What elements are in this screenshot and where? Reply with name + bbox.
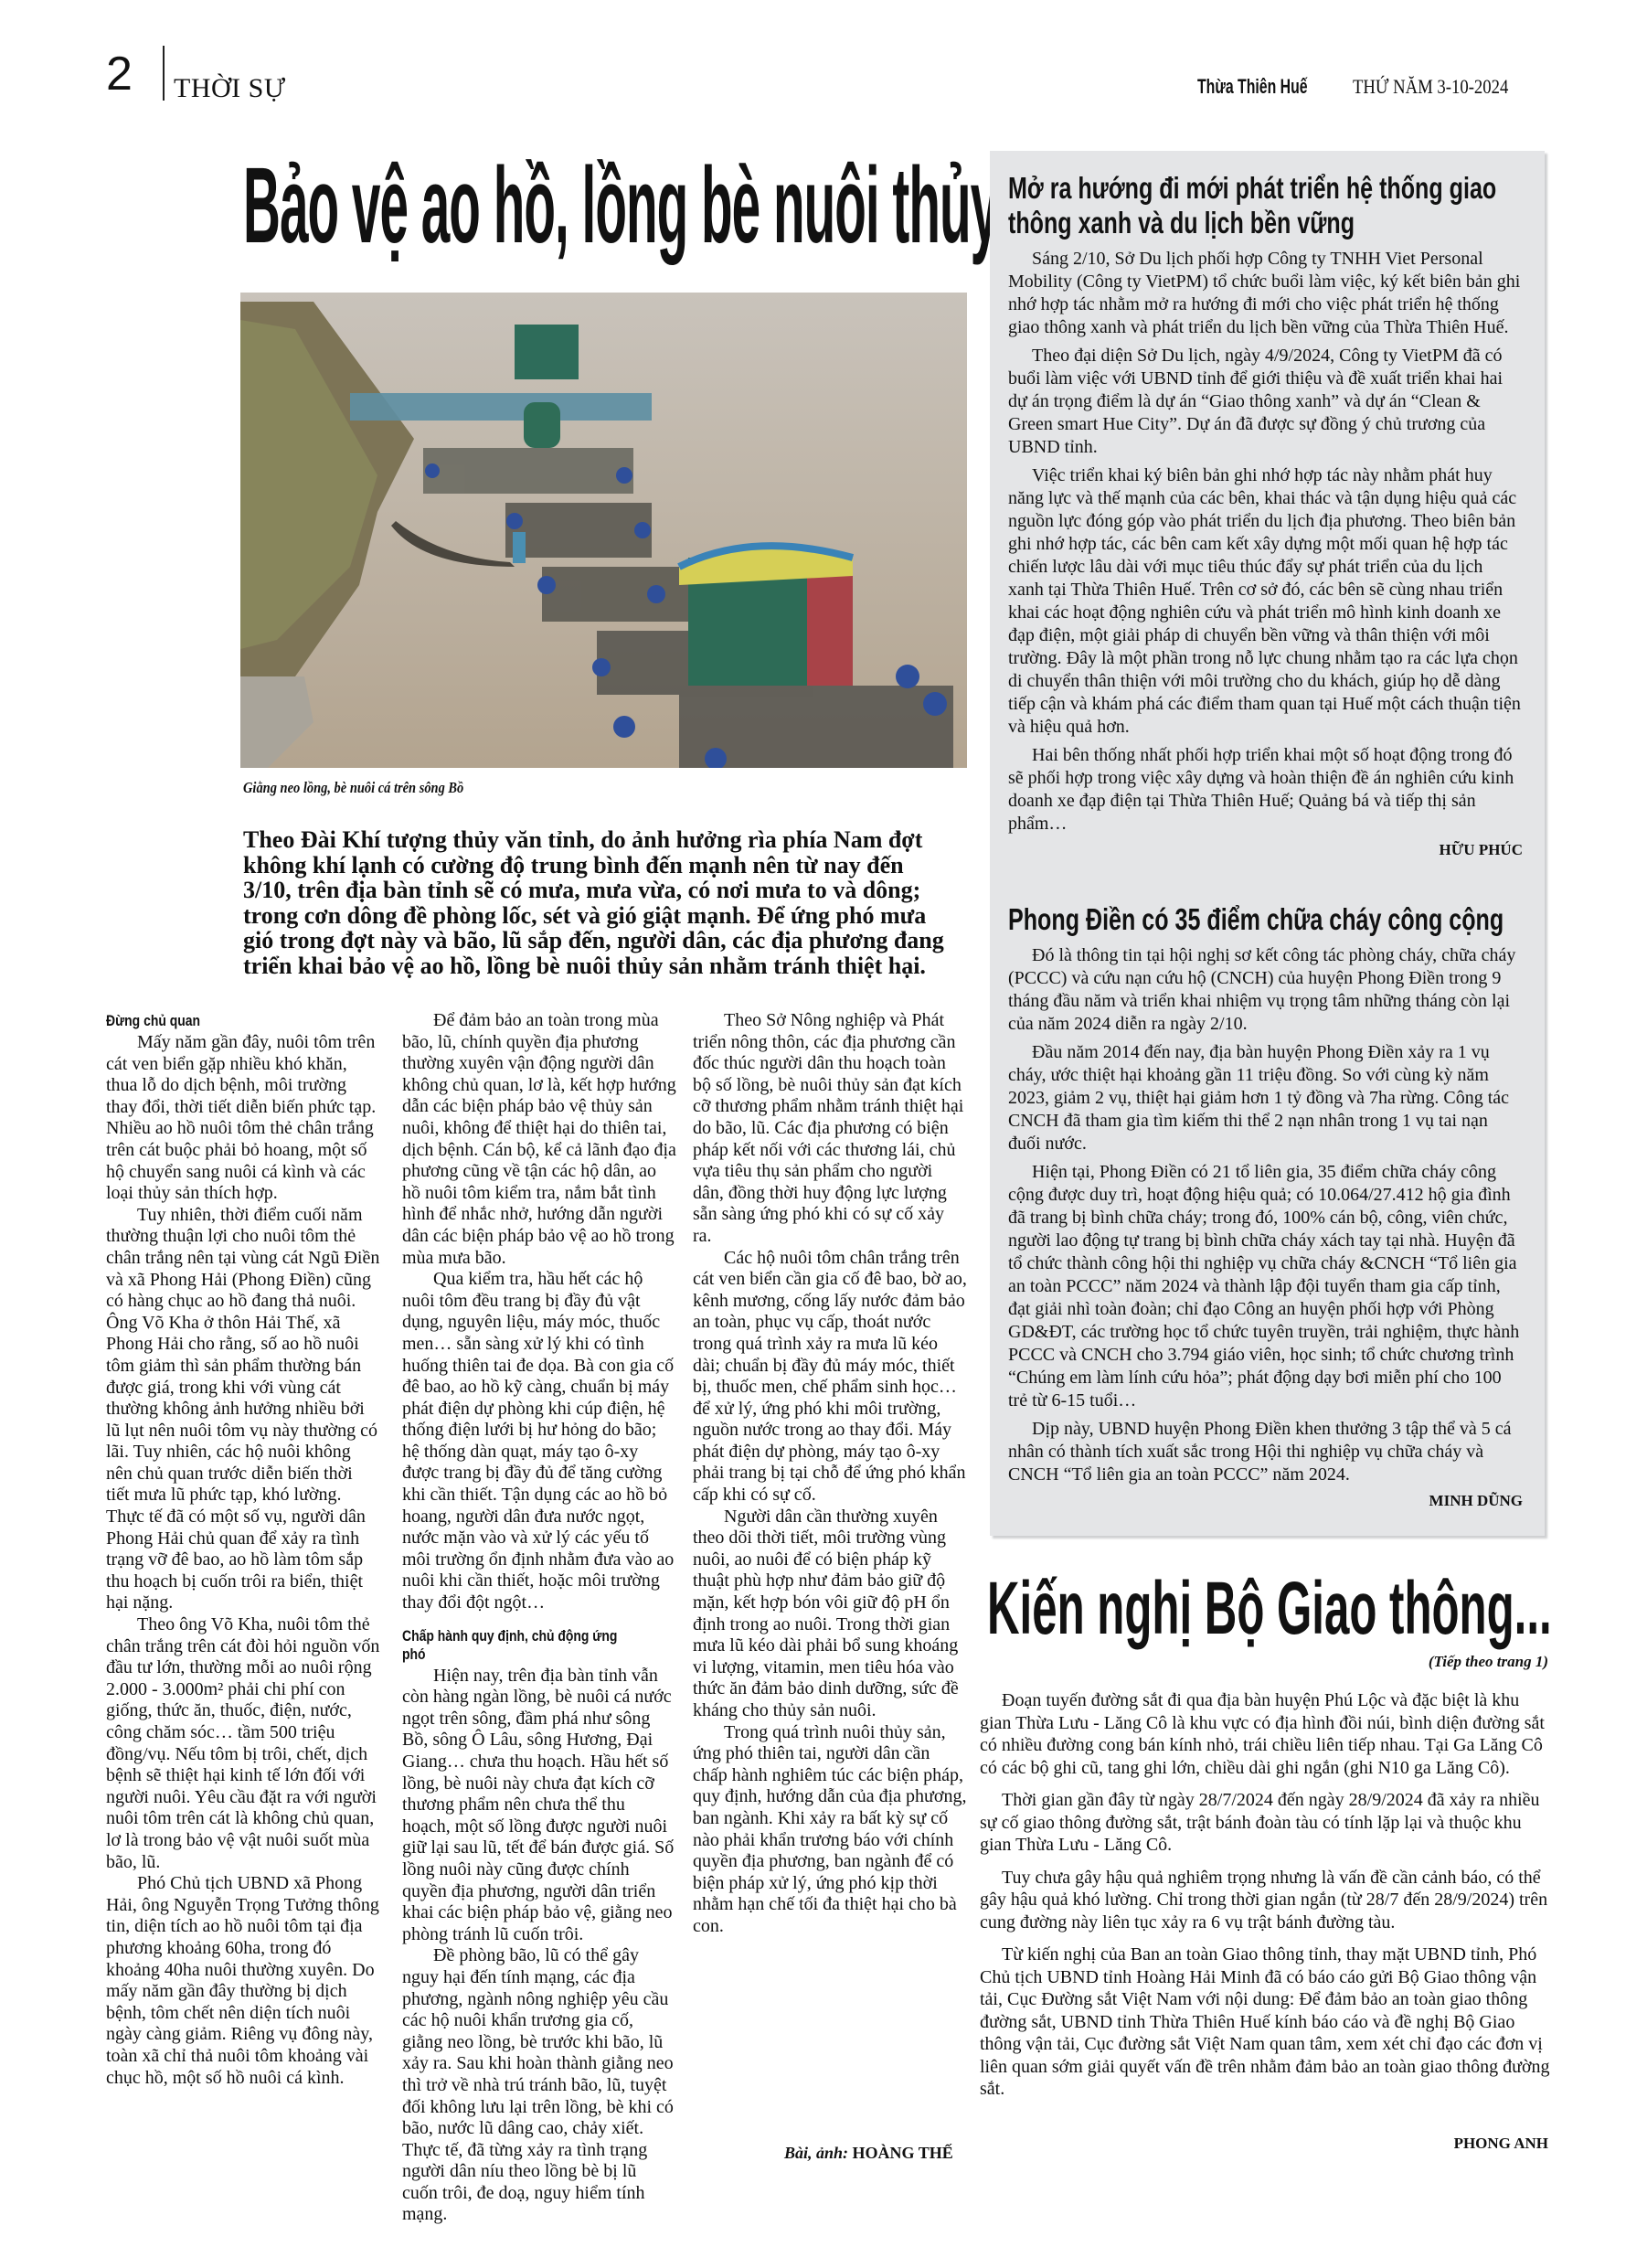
lead-paragraph: Theo Đài Khí tượng thủy văn tỉnh, do ảnh… bbox=[243, 827, 956, 978]
subheading-chap-hanh: Chấp hành quy định, chủ động ứng phó bbox=[402, 1627, 627, 1664]
railway-body: Đoạn tuyến đường sắt đi qua địa bàn huyệ… bbox=[980, 1689, 1551, 2111]
issue-date: THỨ NĂM 3-10-2024 bbox=[1353, 75, 1508, 99]
section-title: THỜI SỰ bbox=[174, 73, 286, 104]
brief-author: MINH DŨNG bbox=[1008, 1492, 1523, 1510]
railway-headline: Kiến nghị Bộ Giao thông... bbox=[987, 1572, 1552, 1645]
masthead-divider bbox=[163, 46, 165, 101]
paragraph: Hiện nay, trên địa bàn tỉnh vẫn còn hàng… bbox=[402, 1666, 676, 1946]
continued-from-note: (Tiếp theo trang 1) bbox=[1353, 1653, 1548, 1671]
article-column-1: Đừng chủ quan Mấy năm gần đây, nuôi tôm … bbox=[106, 1010, 380, 2089]
paragraph: Mấy năm gần đây, nuôi tôm trên cát ven b… bbox=[106, 1032, 380, 1205]
paragraph: Hiện tại, Phong Điền có 21 tổ liên gia, … bbox=[1008, 1161, 1523, 1412]
subheading-dung-chu-quan: Đừng chủ quan bbox=[106, 1012, 331, 1030]
paragraph: Tuy nhiên, thời điểm cuối năm thường thu… bbox=[106, 1205, 380, 1614]
paragraph: Theo ông Võ Kha, nuôi tôm thẻ chân trắng… bbox=[106, 1614, 380, 1873]
paragraph: Việc triển khai ký biên bản ghi nhớ hợp … bbox=[1008, 464, 1523, 739]
brief-headline: Mở ra hướng đi mới phát triển hệ thống g… bbox=[1008, 171, 1516, 240]
paragraph: Để đảm bảo an toàn trong mùa bão, lũ, ch… bbox=[402, 1010, 676, 1269]
byline-name: HOÀNG THẾ bbox=[853, 2144, 953, 2162]
main-headline: Bảo vệ ao hồ, lồng bè nuôi thủy sản mùa … bbox=[243, 137, 594, 274]
newspaper-name: Thừa Thiên Huế bbox=[1197, 75, 1308, 99]
article-column-3: Theo Sở Nông nghiệp và Phát triển nông t… bbox=[693, 1010, 967, 1938]
paragraph: Hai bên thống nhất phối hợp triển khai m… bbox=[1008, 744, 1523, 836]
article-byline: Bài, ảnh: HOÀNG THẾ bbox=[784, 2144, 953, 2163]
paragraph: Người dân cần thường xuyên theo dõi thời… bbox=[693, 1507, 967, 1722]
brief-author: HỮU PHÚC bbox=[1008, 841, 1523, 859]
paragraph: Các hộ nuôi tôm chân trắng trên cát ven … bbox=[693, 1248, 967, 1507]
brief-fire-points: Phong Điền có 35 điểm chữa cháy công cộn… bbox=[1008, 902, 1523, 1510]
paragraph: Đầu năm 2014 đến nay, địa bàn huyện Phon… bbox=[1008, 1041, 1523, 1155]
brief-green-transport: Mở ra hướng đi mới phát triển hệ thống g… bbox=[1008, 171, 1523, 859]
page-number: 2 bbox=[106, 50, 133, 98]
brief-headline: Phong Điền có 35 điểm chữa cháy công cộn… bbox=[1008, 902, 1516, 937]
paragraph: Theo đại diện Sở Du lịch, ngày 4/9/2024,… bbox=[1008, 345, 1523, 459]
fish-cage-river-image bbox=[240, 293, 967, 768]
paragraph: Dịp này, UBND huyện Phong Điền khen thưở… bbox=[1008, 1418, 1523, 1486]
paragraph: Phó Chủ tịch UBND xã Phong Hải, ông Nguy… bbox=[106, 1873, 380, 2089]
article-column-2: Để đảm bảo an toàn trong mùa bão, lũ, ch… bbox=[402, 1010, 676, 2226]
news-brief-box: Mở ra hướng đi mới phát triển hệ thống g… bbox=[990, 151, 1545, 1536]
paragraph: Qua kiểm tra, hầu hết các hộ nuôi tôm đề… bbox=[402, 1269, 676, 1614]
paragraph: Đó là thông tin tại hội nghị sơ kết công… bbox=[1008, 944, 1523, 1036]
paragraph: Đề phòng bão, lũ có thể gây nguy hại đến… bbox=[402, 1945, 676, 2226]
byline-label: Bài, ảnh: bbox=[784, 2144, 848, 2162]
paragraph: Từ kiến nghị của Ban an toàn Giao thông … bbox=[980, 1943, 1551, 2101]
railway-author: PHONG ANH bbox=[1353, 2135, 1548, 2153]
paragraph: Sáng 2/10, Sở Du lịch phối hợp Công ty T… bbox=[1008, 248, 1523, 339]
paragraph: Tuy chưa gây hậu quả nghiêm trọng nhưng … bbox=[980, 1867, 1551, 1934]
paragraph: Đoạn tuyến đường sắt đi qua địa bàn huyệ… bbox=[980, 1689, 1551, 1779]
article-photo bbox=[240, 293, 967, 768]
paragraph: Theo Sở Nông nghiệp và Phát triển nông t… bbox=[693, 1010, 967, 1248]
paragraph: Thời gian gần đây từ ngày 28/7/2024 đến … bbox=[980, 1789, 1551, 1857]
paragraph: Trong quá trình nuôi thủy sản, ứng phó t… bbox=[693, 1722, 967, 1938]
photo-caption: Giằng neo lồng, bè nuôi cá trên sông Bồ bbox=[243, 779, 463, 797]
